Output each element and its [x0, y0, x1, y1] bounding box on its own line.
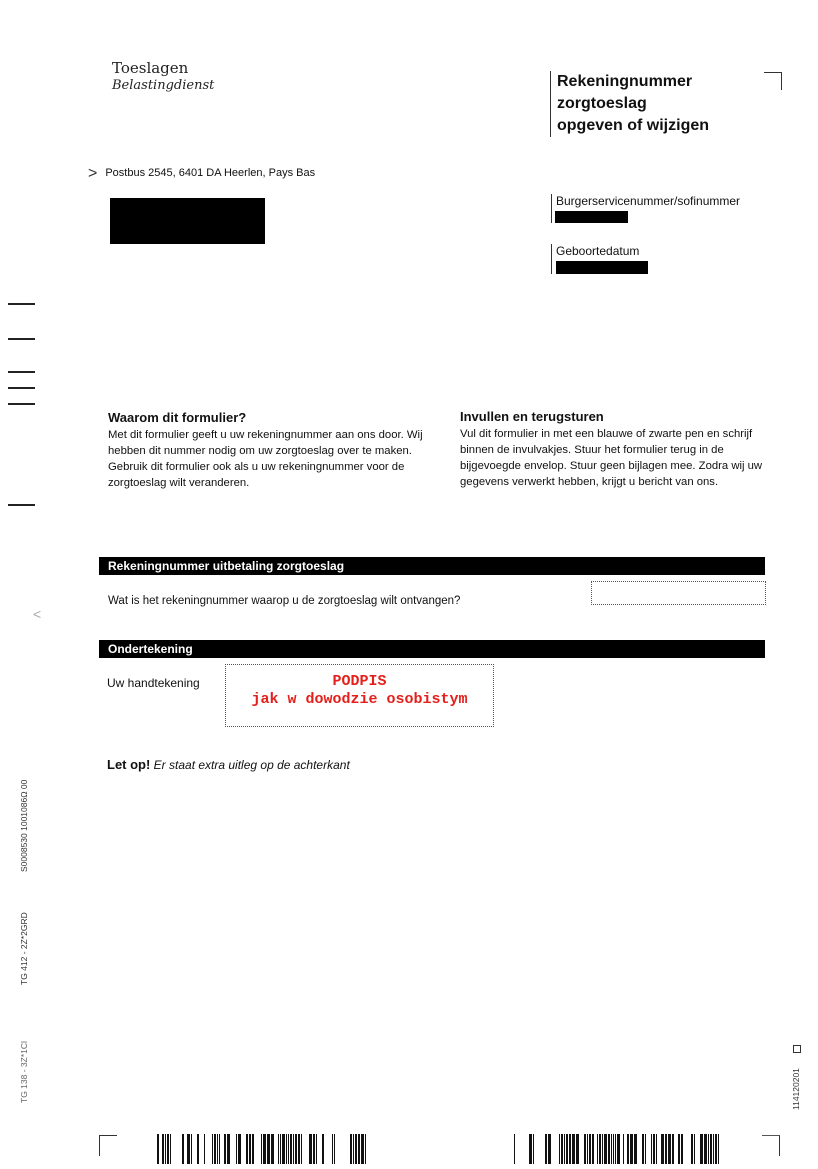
chevron-left-icon: < [33, 606, 41, 622]
fold-mark [8, 403, 35, 405]
margin-code-mid: TG 412 - 2Z*2GRD [19, 912, 29, 985]
recipient-address-redacted [110, 198, 265, 244]
title-line-1: Rekeningnummer [557, 71, 709, 93]
margin-code-top: S0008530 1001086Ω 00 [19, 780, 29, 872]
return-address-text: Postbus 2545, 6401 DA Heerlen, Pays Bas [105, 167, 315, 179]
intro-how-text: Vul dit formulier in met een blauwe of z… [460, 426, 780, 490]
margin-code-right: 114120201 [791, 1068, 801, 1110]
fold-mark [8, 387, 35, 389]
corner-mark-bottom-right [762, 1135, 780, 1156]
note: Let op! Er staat extra uitleg op de acht… [107, 757, 350, 772]
title-line-2: zorgtoeslag [557, 93, 709, 115]
return-address: >Postbus 2545, 6401 DA Heerlen, Pays Bas [88, 163, 315, 181]
intro-how: Invullen en terugsturen Vul dit formulie… [460, 409, 780, 490]
dob-label: Geboortedatum [556, 244, 648, 261]
intro-how-heading: Invullen en terugsturen [460, 409, 780, 424]
bsn-label: Burgerservicenummer/sofinummer [556, 194, 740, 211]
form-title: Rekeningnummer zorgtoeslag opgeven of wi… [550, 71, 709, 137]
intro-why: Waarom dit formulier? Met dit formulier … [108, 410, 428, 491]
checkbox-mark-icon [793, 1045, 801, 1053]
margin-code-bottom: TG 138 - 3Z*1Cl [19, 1041, 29, 1103]
intro-why-text: Met dit formulier geeft u uw rekeningnum… [108, 427, 428, 491]
section-header-account: Rekeningnummer uitbetaling zorgtoeslag [99, 557, 765, 575]
signature-label: Uw handtekening [107, 676, 200, 690]
signature-annotation-2: jak w dowodzie osobistym [226, 691, 493, 708]
account-question: Wat is het rekeningnummer waarop u de zo… [108, 595, 460, 607]
barcode-left [157, 1134, 367, 1164]
bsn-field: Burgerservicenummer/sofinummer [551, 194, 740, 223]
dob-field: Geboortedatum [551, 244, 648, 274]
title-line-3: opgeven of wijzigen [557, 115, 709, 137]
account-number-input[interactable] [591, 581, 766, 605]
signature-annotation-1: PODPIS [226, 673, 493, 690]
fold-mark [8, 338, 35, 340]
fold-mark [8, 371, 35, 373]
signature-box[interactable]: PODPIS jak w dowodzie osobistym [225, 664, 494, 727]
bsn-value-redacted [555, 211, 628, 223]
logo-toeslagen: Toeslagen [112, 59, 188, 77]
fold-mark [8, 303, 35, 305]
fold-mark [8, 504, 35, 506]
chevron-right-icon: > [88, 165, 97, 182]
logo-belastingdienst: Belastingdienst [112, 78, 214, 93]
corner-mark-top-right [764, 72, 782, 90]
section-header-signature: Ondertekening [99, 640, 765, 658]
dob-value-redacted [556, 261, 648, 274]
note-italic: Er staat extra uitleg op de achterkant [154, 758, 350, 772]
intro-why-heading: Waarom dit formulier? [108, 410, 428, 425]
barcode-right [514, 1134, 720, 1164]
note-bold: Let op! [107, 757, 150, 772]
corner-mark-bottom-left [99, 1135, 117, 1156]
